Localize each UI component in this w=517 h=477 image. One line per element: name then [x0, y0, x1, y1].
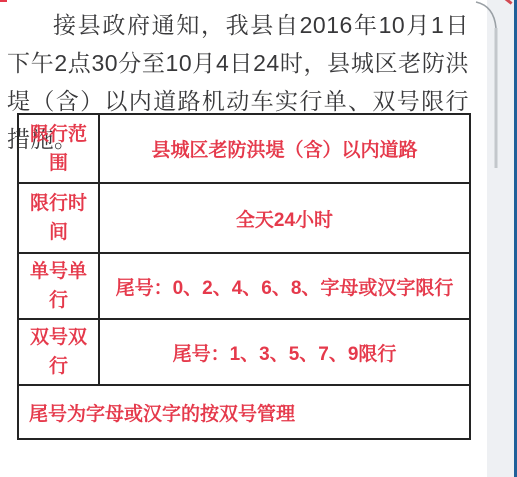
restriction-table: 限行范围 县城区老防洪堤（含）以内道路 限行时间 全天24小时 单号单行 尾号：…: [17, 113, 471, 440]
notice-page: 接县政府通知，我县自2016年10月1日下午2点30分至10月4日24时，县城区…: [0, 0, 517, 477]
row-value-scope: 县城区老防洪堤（含）以内道路: [99, 114, 470, 183]
table-row: 双号双行 尾号：1、3、5、7、9限行: [18, 319, 470, 385]
table-row: 限行范围 县城区老防洪堤（含）以内道路: [18, 114, 470, 183]
red-border-mark-left: [0, 0, 7, 2]
row-value-odd: 尾号：0、2、4、6、8、字母或汉字限行: [99, 253, 470, 319]
table-footer-row: 尾号为字母或汉字的按双号管理: [18, 385, 470, 439]
row-value-even: 尾号：1、3、5、7、9限行: [99, 319, 470, 385]
table-row: 单号单行 尾号：0、2、4、6、8、字母或汉字限行: [18, 253, 470, 319]
row-label-scope: 限行范围: [18, 114, 99, 183]
footer-note: 尾号为字母或汉字的按双号管理: [18, 385, 470, 439]
row-label-time: 限行时间: [18, 183, 99, 253]
scrollbar[interactable]: [470, 0, 510, 180]
row-value-time: 全天24小时: [99, 183, 470, 253]
row-label-odd: 单号单行: [18, 253, 99, 319]
table-row: 限行时间 全天24小时: [18, 183, 470, 253]
row-label-even: 双号双行: [18, 319, 99, 385]
page-curl-icon: [476, 2, 496, 28]
